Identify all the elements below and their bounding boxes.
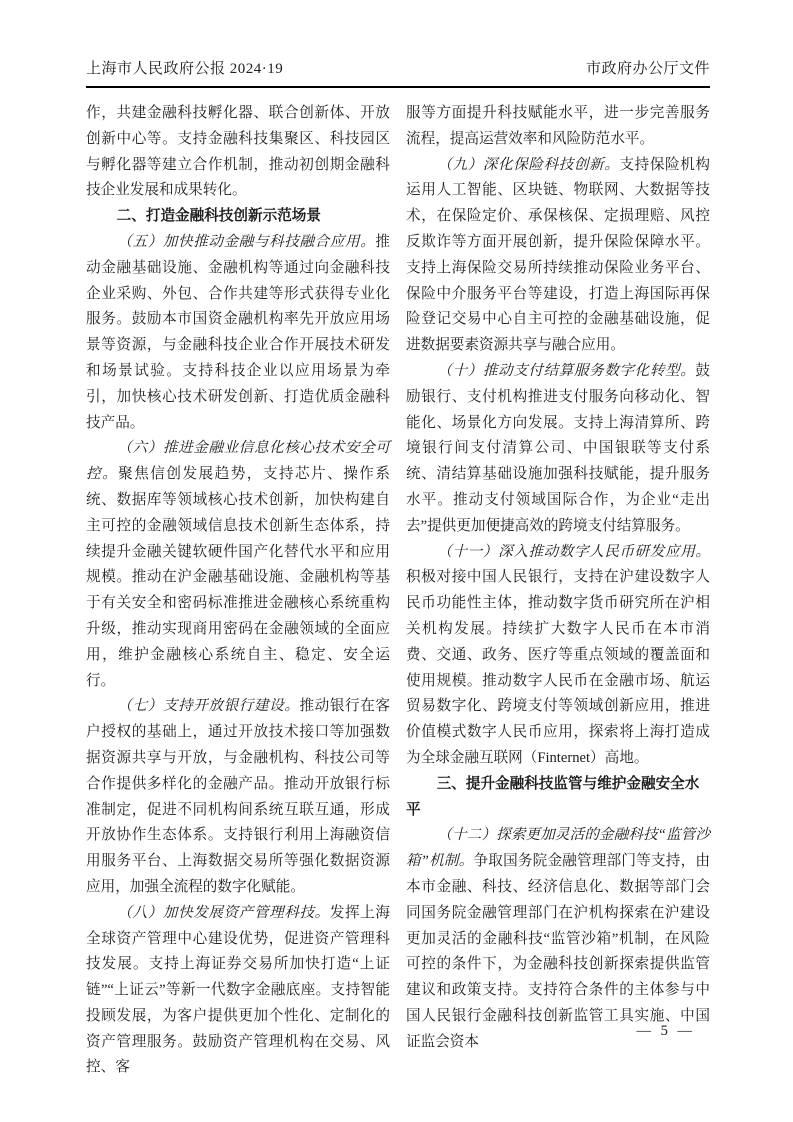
paragraph-item-9: （九）深化保险科技创新。支持保险机构运用人工智能、区块链、物联网、大数据等技术，…: [406, 153, 710, 359]
paragraph-continuation-prev-page: 作，共建金融科技孵化器、联合创新体、开放创新中心等。支持金融科技集聚区、科技园区…: [86, 101, 390, 204]
paragraph-item-5-text: 推动金融基础设施、金融机构等通过向金融科技企业采购、外包、合作共建等形式获得专业…: [86, 234, 390, 431]
gazette-page: 上海市人民政府公报 2024·19 市政府办公厅文件 作，共建金融科技孵化器、联…: [0, 0, 793, 1122]
paragraph-item-8: （八）加快发展资产管理科技。发挥上海全球资产管理中心建设优势，促进资产管理科技发…: [86, 901, 390, 1082]
paragraph-item-10: （十）推动支付结算服务数字化转型。鼓励银行、支付机构推进支付服务向移动化、智能化…: [406, 359, 710, 540]
left-column: 作，共建金融科技孵化器、联合创新体、开放创新中心等。支持金融科技集聚区、科技园区…: [86, 101, 390, 1081]
paragraph-item-9-lead: （九）深化保险科技创新。: [437, 157, 619, 173]
paragraph-item-8-continuation: 服等方面提升科技赋能水平，进一步完善服务流程，提高运营效率和风险防范水平。: [406, 101, 710, 153]
paragraph-item-7-text: 推动银行在客户授权的基础上，通过开放技术接口等加强数据资源共享与开放，与金融机构…: [86, 698, 390, 895]
page-number: — 5 —: [637, 1023, 696, 1040]
paragraph-item-11-text: 积极对接中国人民银行，支持在沪建设数字人民币功能性主体，推动数字货币研究所在沪相…: [406, 569, 710, 766]
paragraph-item-11: （十一）深入推动数字人民币研发应用。积极对接中国人民银行，支持在沪建设数字人民币…: [406, 540, 710, 772]
paragraph-item-5-lead: （五）加快推动金融与科技融合应用。: [117, 234, 375, 250]
paragraph-item-8-lead: （八）加快发展资产管理科技。: [117, 905, 329, 921]
paragraph-item-10-text: 鼓励银行、支付机构推进支付服务向移动化、智能化、场景化方向发展。支持上海清算所、…: [406, 363, 710, 534]
paragraph-item-8-text: 发挥上海全球资产管理中心建设优势，促进资产管理科技发展。支持上海证券交易所加快打…: [86, 905, 390, 1076]
paragraph-item-10-lead: （十）推动支付结算服务数字化转型。: [437, 363, 695, 379]
document-category: 市政府办公厅文件: [586, 57, 710, 78]
paragraph-item-12-text: 争取国务院金融管理部门等支持，由本市金融、科技、经济信息化、数据等部门会同国务院…: [406, 853, 710, 1050]
paragraph-item-6-text: 聚焦信创发展趋势，支持芯片、操作系统、数据库等领域核心技术创新，加快构建自主可控…: [86, 466, 390, 688]
paragraph-item-7: （七）支持开放银行建设。推动银行在客户授权的基础上，通过开放技术接口等加强数据资…: [86, 694, 390, 900]
paragraph-item-12: （十二）探索更加灵活的金融科技“监管沙箱”机制。争取国务院金融管理部门等支持，由…: [406, 823, 710, 1055]
paragraph-item-7-lead: （七）支持开放银行建设。: [117, 698, 299, 714]
page-header: 上海市人民政府公报 2024·19 市政府办公厅文件: [86, 57, 710, 78]
section-heading-2: 二、打造金融科技创新示范场景: [86, 204, 390, 230]
right-column: 服等方面提升科技赋能水平，进一步完善服务流程，提高运营效率和风险防范水平。 （九…: [406, 101, 710, 1081]
gazette-title: 上海市人民政府公报 2024·19: [86, 57, 283, 78]
section-heading-3: 三、提升金融科技监管与维护金融安全水平: [406, 772, 710, 824]
document-body: 作，共建金融科技孵化器、联合创新体、开放创新中心等。支持金融科技集聚区、科技园区…: [86, 101, 710, 1081]
paragraph-item-9-text: 支持保险机构运用人工智能、区块链、物联网、大数据等技术，在保险定价、承保核保、定…: [406, 157, 710, 354]
paragraph-item-11-lead: （十一）深入推动数字人民币研发应用。: [437, 544, 710, 560]
paragraph-item-5: （五）加快推动金融与科技融合应用。推动金融基础设施、金融机构等通过向金融科技企业…: [86, 230, 390, 436]
header-divider: [86, 86, 710, 88]
paragraph-item-6: （六）推进金融业信息化核心技术安全可控。聚焦信创发展趋势，支持芯片、操作系统、数…: [86, 436, 390, 694]
